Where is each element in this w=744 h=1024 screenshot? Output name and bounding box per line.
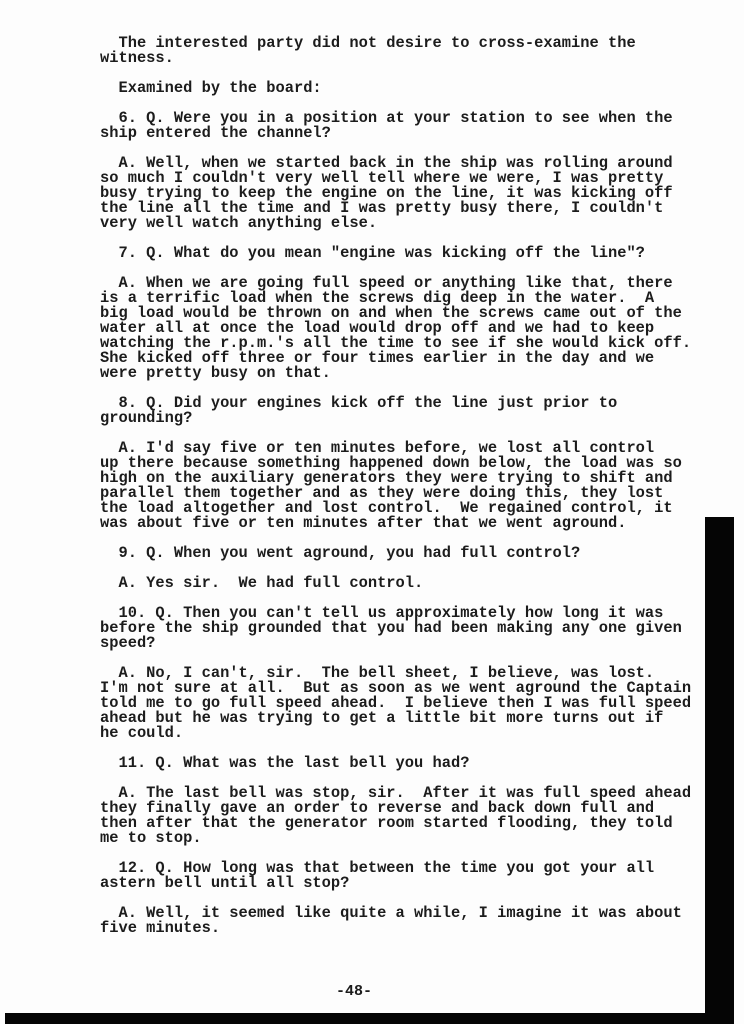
text-line: 7. Q. What do you mean "engine was kicki… [100,246,700,261]
text-line: A. Yes sir. We had full control. [100,576,700,591]
text-line: The interested party did not desire to c… [100,36,700,51]
answer-paragraph: A. When we are going full speed or anyth… [100,276,700,381]
text-line: astern bell until all stop? [100,876,700,891]
question-paragraph: 11. Q. What was the last bell you had? [100,756,700,771]
scan-border-bottom [5,1013,734,1024]
text-line: me to stop. [100,831,700,846]
question-paragraph: 9. Q. When you went aground, you had ful… [100,546,700,561]
document-page: The interested party did not desire to c… [0,0,744,1024]
answer-paragraph: A. The last bell was stop, sir. After it… [100,786,700,846]
answer-paragraph: A. Yes sir. We had full control. [100,576,700,591]
transcript-body: The interested party did not desire to c… [100,36,700,951]
text-line: speed? [100,636,700,651]
text-line: was about five or ten minutes after that… [100,516,700,531]
text-line: ship entered the channel? [100,126,700,141]
text-line: 9. Q. When you went aground, you had ful… [100,546,700,561]
question-paragraph: 6. Q. Were you in a position at your sta… [100,111,700,141]
answer-paragraph: A. I'd say five or ten minutes before, w… [100,441,700,531]
text-line: ahead but he was trying to get a little … [100,711,700,726]
statement-paragraph: The interested party did not desire to c… [100,36,700,66]
question-paragraph: 7. Q. What do you mean "engine was kicki… [100,246,700,261]
question-paragraph: 8. Q. Did your engines kick off the line… [100,396,700,426]
text-line: grounding? [100,411,700,426]
text-line: five minutes. [100,921,700,936]
text-line: he could. [100,726,700,741]
text-line: 11. Q. What was the last bell you had? [100,756,700,771]
page-number: -48- [336,983,372,1000]
text-line: witness. [100,51,700,66]
section-heading: Examined by the board: [100,81,700,96]
answer-paragraph: A. Well, when we started back in the shi… [100,156,700,231]
text-line: very well watch anything else. [100,216,700,231]
text-line: were pretty busy on that. [100,366,700,381]
question-paragraph: 10. Q. Then you can't tell us approximat… [100,606,700,651]
scan-border-right [705,517,734,1024]
question-paragraph: 12. Q. How long was that between the tim… [100,861,700,891]
text-line: Examined by the board: [100,81,700,96]
text-line: before the ship grounded that you had be… [100,621,700,636]
answer-paragraph: A. No, I can't, sir. The bell sheet, I b… [100,666,700,741]
answer-paragraph: A. Well, it seemed like quite a while, I… [100,906,700,936]
